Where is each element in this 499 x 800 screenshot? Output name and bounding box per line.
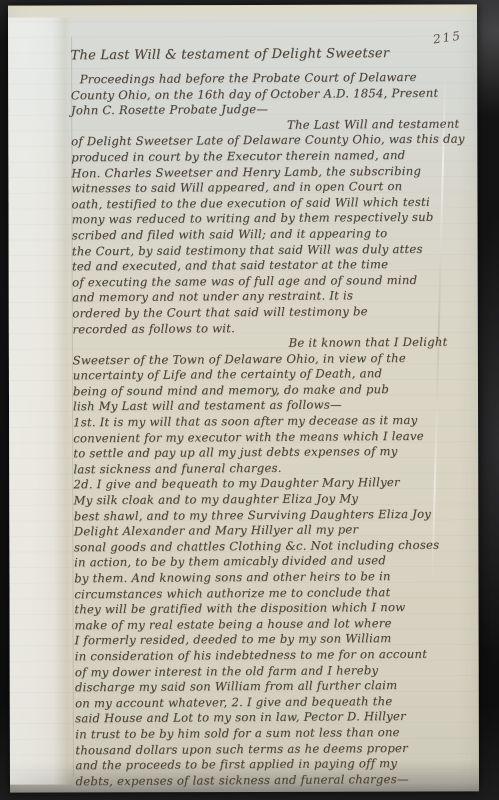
manuscript-line: mony was reduced to writing and by them … — [72, 210, 471, 228]
manuscript-page: 215 The Last Will & testament of Delight… — [8, 4, 479, 792]
manuscript-line: Be it known that I Delight — [288, 335, 471, 352]
manuscript-text: The Last Will & testament of Delight Swe… — [70, 42, 474, 790]
manuscript-line: the Court, by said testimony that said W… — [72, 241, 471, 259]
document-title: The Last Will & testament of Delight Swe… — [70, 42, 469, 73]
manuscript-line: of Delight Sweetser Late of Delaware Cou… — [71, 132, 470, 150]
page-left-margin — [8, 17, 72, 785]
photo-backdrop: 215 The Last Will & testament of Delight… — [0, 0, 499, 800]
manuscript-line: best shawl, and to my three Surviving Da… — [74, 506, 473, 524]
manuscript-line: sonal goods and chattles Clothing &c. No… — [74, 537, 473, 555]
manuscript-line: debts, expenses of last sickness and fun… — [76, 771, 475, 789]
manuscript-line: of executing the same was of full age an… — [72, 272, 471, 290]
manuscript-line: County Ohio, on the 16th day of October … — [71, 85, 470, 103]
manuscript-line: Hon. Charles Sweetser and Henry Lamb, th… — [71, 163, 470, 181]
manuscript-line: convenient for my executor with the mean… — [73, 428, 472, 446]
manuscript-line: The Last Will and testament — [287, 116, 470, 133]
manuscript-line: in consideration of his indebtedness to … — [75, 646, 474, 664]
